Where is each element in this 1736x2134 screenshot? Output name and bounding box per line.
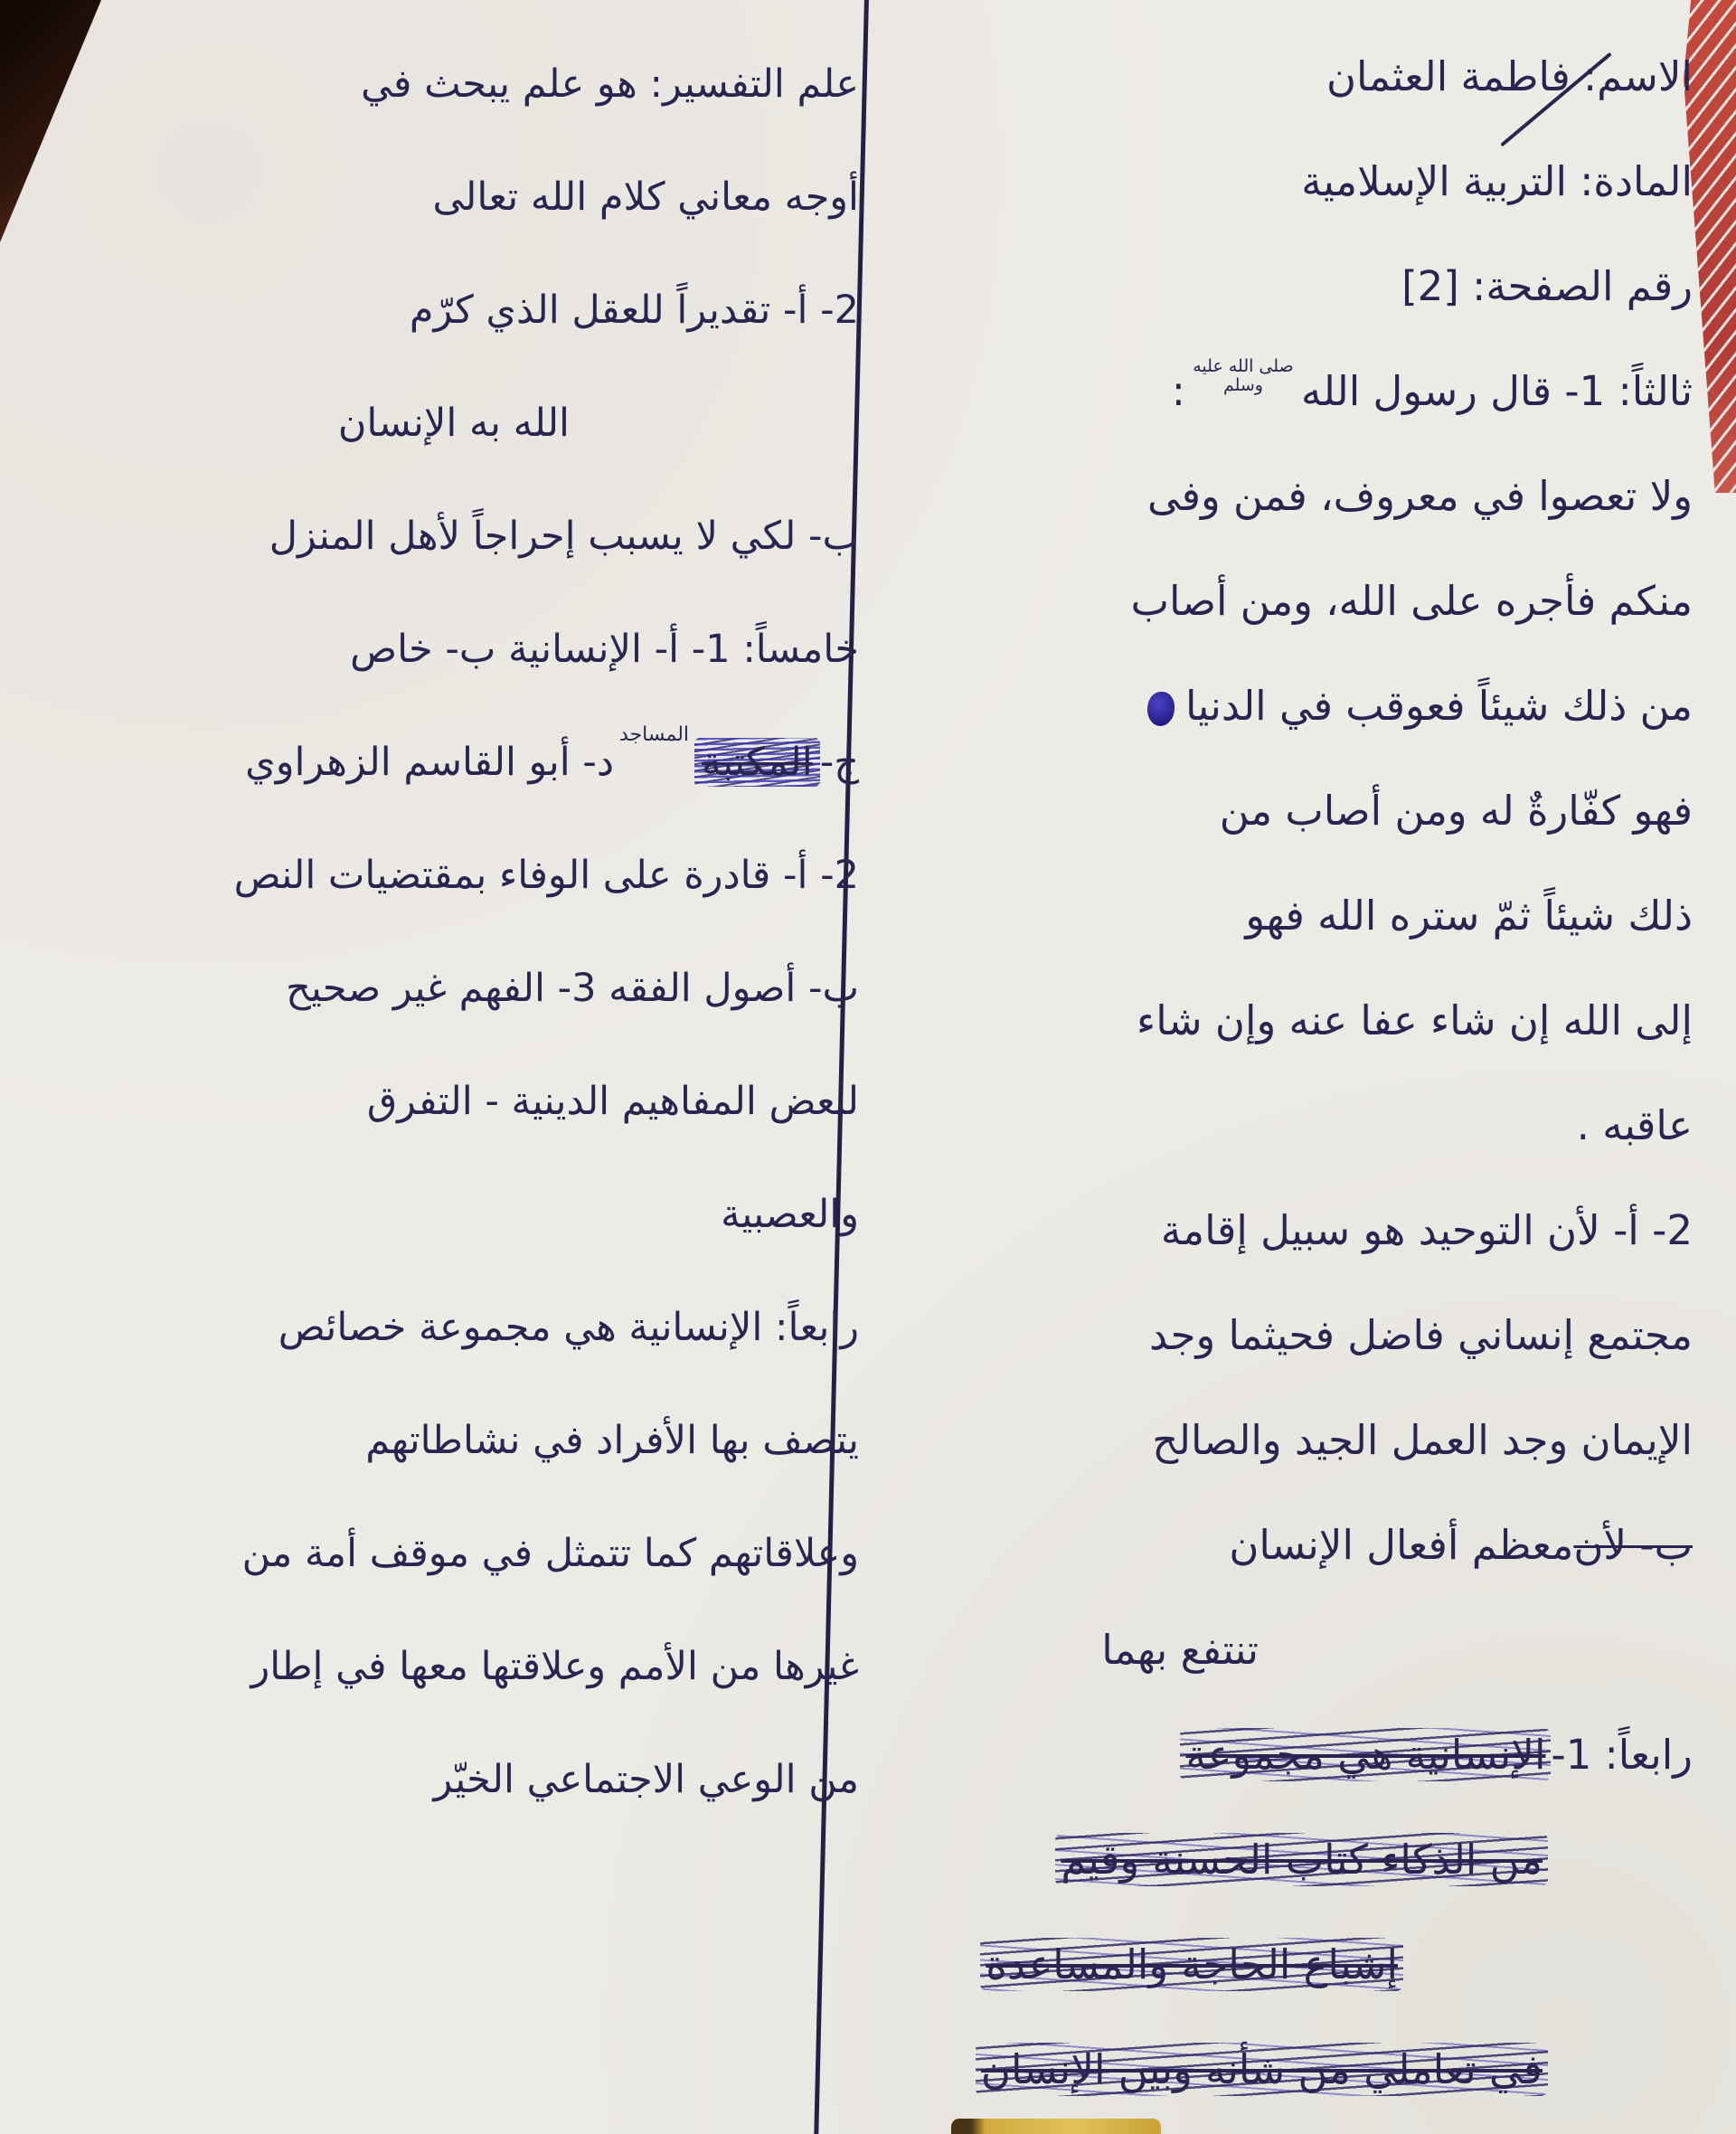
handwritten-text: غيرها من الأمم وعلاقتها معها في إطار xyxy=(250,1644,859,1689)
handwritten-line: 2- أ- لأن التوحيد هو سبيل إقامة xyxy=(915,1177,1693,1282)
handwritten-line: رابعاً: الإنسانية هي مجموعة خصائص xyxy=(11,1270,859,1383)
handwritten-line: ج- المكتبةالمساجد د- أبو القاسم الزهراوي xyxy=(11,705,859,818)
handwritten-text: معظم أفعال الإنسان xyxy=(1229,1521,1573,1569)
handwritten-text: الله به الإنسان xyxy=(338,401,570,446)
correction-written-above: المساجد xyxy=(619,723,689,746)
handwritten-text: مجتمع إنساني فاضل فحيثما وجد xyxy=(1149,1311,1693,1359)
small-stacked-text: صلى الله عليه وسلم xyxy=(1193,357,1294,396)
handwritten-line: ب- لكي لا يسبب إحراجاً لأهل المنزل xyxy=(11,479,859,592)
handwritten-line: مجتمع إنساني فاضل فحيثما وجد xyxy=(915,1282,1693,1387)
handwritten-text: الاسم: فاطمة العثمان xyxy=(1326,52,1693,100)
handwritten-line: في تعاملي من شأنه وبين الإنسان xyxy=(915,2016,1693,2121)
handwritten-text: من ذلك شيئاً فعوقب في الدنيا xyxy=(1185,682,1693,730)
handwritten-text: : xyxy=(1172,367,1185,415)
handwritten-line: منكم فأجره على الله، ومن أصاب xyxy=(915,548,1693,653)
handwritten-line: الإيمان وجد العمل الجيد والصالح xyxy=(915,1387,1693,1492)
right-column: الاسم: فاطمة العثمانالمادة: التربية الإس… xyxy=(915,0,1693,2121)
handwritten-line: ب- لأن معظم أفعال الإنسان xyxy=(915,1492,1693,1597)
handwritten-text: ذلك شيئاً ثمّ ستره الله فهو xyxy=(1245,892,1693,940)
handwritten-line: الاسم: فاطمة العثمان xyxy=(915,24,1693,128)
scribbled-out-text: إشباع الحاجة والمساعدة xyxy=(980,1938,1403,1991)
handwritten-line: من الوعي الاجتماعي الخيّر xyxy=(11,1723,859,1836)
handwritten-line: 2- أ- قادرة على الوفاء بمقتضيات النص xyxy=(11,818,859,931)
handwritten-line: المادة: التربية الإسلامية xyxy=(915,128,1693,233)
handwritten-line: غيرها من الأمم وعلاقتها معها في إطار xyxy=(11,1610,859,1723)
handwritten-text: وعلاقاتهم كما تتمثل في موقف أمة من xyxy=(242,1531,859,1576)
handwritten-text: 2- أ- تقديراً للعقل الذي كرّم xyxy=(410,288,859,333)
handwritten-text: ب- أصول الفقه 3- الفهم غير صحيح xyxy=(286,966,859,1011)
handwritten-line: ذلك شيئاً ثمّ ستره الله فهو xyxy=(915,863,1693,968)
handwritten-text: ثالثاً: 1- قال رسول الله xyxy=(1301,367,1693,415)
handwritten-text: رقم الصفحة: [2] xyxy=(1401,262,1693,310)
handwritten-text: إلى الله إن شاء عفا عنه وإن شاء xyxy=(1137,996,1693,1044)
handwritten-line: فهو كفّارةٌ له ومن أصاب من xyxy=(915,758,1693,863)
handwritten-line: رقم الصفحة: [2] xyxy=(915,233,1693,338)
ink-blot xyxy=(1147,692,1175,726)
handwritten-line: ب- أصول الفقه 3- الفهم غير صحيح xyxy=(11,931,859,1044)
handwritten-text: ج- xyxy=(820,740,859,785)
notebook-page: الاسم: فاطمة العثمانالمادة: التربية الإس… xyxy=(0,0,1736,2134)
handwritten-text: فهو كفّارةٌ له ومن أصاب من xyxy=(1220,787,1693,835)
handwritten-text: والعصبية xyxy=(721,1192,859,1237)
handwritten-line: إشباع الحاجة والمساعدة xyxy=(915,1912,1693,2016)
handwritten-line: خامساً: 1- أ- الإنسانية ب- خاص xyxy=(11,592,859,705)
handwritten-line: من ذلك شيئاً فعوقب في الدنيا xyxy=(915,653,1693,758)
handwritten-line: والعصبية xyxy=(11,1157,859,1270)
scribbled-out-text: من الذكاء كتاب الحسنة وقيم xyxy=(1055,1833,1548,1886)
handwritten-text: 2- أ- قادرة على الوفاء بمقتضيات النص xyxy=(234,853,859,898)
handwritten-line: ثالثاً: 1- قال رسول الله صلى الله عليه و… xyxy=(915,338,1693,443)
handwritten-line: عاقبه . xyxy=(915,1072,1693,1177)
handwritten-line: علم التفسير: هو علم يبحث في xyxy=(11,27,859,140)
handwritten-line: ولا تعصوا في معروف، فمن وفى xyxy=(915,443,1693,548)
handwritten-text: رابعاً: الإنسانية هي مجموعة خصائص xyxy=(278,1305,859,1350)
handwritten-line: 2- أ- تقديراً للعقل الذي كرّم xyxy=(11,253,859,366)
handwritten-text: ولا تعصوا في معروف، فمن وفى xyxy=(1147,472,1693,520)
handwritten-line: لبعض المفاهيم الدينية - التفرق xyxy=(11,1044,859,1157)
handwritten-text: عاقبه . xyxy=(1577,1101,1693,1149)
handwritten-line: إلى الله إن شاء عفا عنه وإن شاء xyxy=(915,968,1693,1072)
scribbled-out-text: في تعاملي من شأنه وبين الإنسان xyxy=(976,2043,1548,2096)
handwritten-line: يتصف بها الأفراد في نشاطاتهم xyxy=(11,1383,859,1497)
handwritten-text: تنتفع بهما xyxy=(1101,1626,1259,1674)
scribbled-out-text: الإنسانية هي مجموعة xyxy=(1180,1728,1551,1781)
handwritten-text: من الوعي الاجتماعي الخيّر xyxy=(433,1757,859,1802)
handwritten-text: منكم فأجره على الله، ومن أصاب xyxy=(1131,577,1693,625)
handwritten-text: أوجه معاني كلام الله تعالى xyxy=(432,175,859,220)
handwritten-text: 2- أ- لأن التوحيد هو سبيل إقامة xyxy=(1161,1206,1693,1254)
handwritten-line: رابعاً: 1- الإنسانية هي مجموعة xyxy=(915,1702,1693,1807)
handwritten-line: تنتفع بهما xyxy=(915,1597,1693,1702)
handwritten-line: من الذكاء كتاب الحسنة وقيم xyxy=(915,1807,1693,1912)
handwritten-text: الإيمان وجد العمل الجيد والصالح xyxy=(1152,1416,1693,1464)
handwritten-text: د- أبو القاسم الزهراوي xyxy=(245,740,614,785)
handwritten-line: أوجه معاني كلام الله تعالى xyxy=(11,140,859,253)
handwritten-line: الله به الإنسان xyxy=(11,366,859,479)
left-column: علم التفسير: هو علم يبحث فيأوجه معاني كل… xyxy=(11,0,859,1836)
handwritten-line: وعلاقاتهم كما تتمثل في موقف أمة من xyxy=(11,1497,859,1610)
handwritten-text: خامساً: 1- أ- الإنسانية ب- خاص xyxy=(350,627,859,672)
handwritten-text: علم التفسير: هو علم يبحث في xyxy=(361,61,859,107)
blue-scribbled-text: المكتبة xyxy=(694,738,820,787)
handwritten-text: رابعاً: 1- xyxy=(1551,1731,1693,1779)
handwritten-text: المادة: التربية الإسلامية xyxy=(1301,157,1693,205)
handwritten-text: لبعض المفاهيم الدينية - التفرق xyxy=(367,1079,859,1124)
struck-text: ب- لأن xyxy=(1573,1521,1693,1569)
handwritten-text: ب- لكي لا يسبب إحراجاً لأهل المنزل xyxy=(269,514,859,559)
handwritten-text: يتصف بها الأفراد في نشاطاتهم xyxy=(365,1418,859,1463)
